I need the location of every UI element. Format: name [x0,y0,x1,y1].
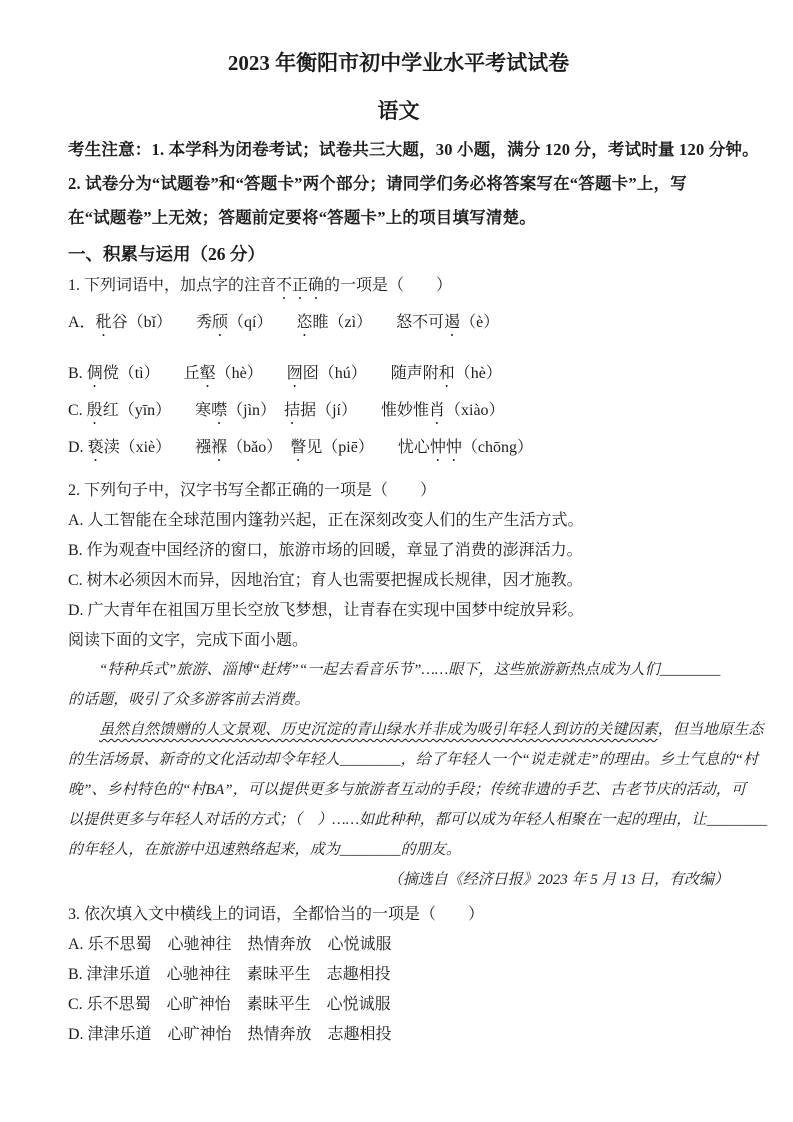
question-3-option-c: C. 乐不思蜀 心旷神怡 素昧平生 心悦诚服 [68,994,729,1015]
passage-line-4: 的生活场景、新奇的文化活动却令年轻人________，给了年轻人一个“说走就走”… [68,750,729,770]
passage-attribution: （摘选自《经济日报》2023 年 5 月 13 日，有改编） [68,870,729,890]
question-2: 2. 下列句子中，汉字书写全都正确的一项是（ ） A. 人工智能在全球范围内篷勃… [68,480,729,621]
question-1-option-a: A．秕谷（bǐ） 秀颀（qí） 恣睢（zì） 怒不可遏（è） [68,312,729,340]
reading-passage: “特种兵式”旅游、淄博“赶烤”“一起去看音乐节”……眼下，这些旅游新热点成为人们… [68,660,729,890]
passage-line-1: “特种兵式”旅游、淄博“赶烤”“一起去看音乐节”……眼下，这些旅游新热点成为人们… [68,660,729,680]
question-3: 3. 依次填入文中横线上的词语，全都恰当的一项是（ ） A. 乐不思蜀 心驰神往… [68,904,729,1045]
passage-line-7: 的年轻人，在旅游中迅速熟络起来，成为________的朋友。 [68,840,729,860]
question-3-option-a: A. 乐不思蜀 心驰神往 热情奔放 心悦诚服 [68,934,729,955]
question-1: 1. 下列词语中，加点字的注音不正确的一项是（ ） A．秕谷（bǐ） 秀颀（qí… [68,275,729,465]
question-3-option-d: D. 津津乐道 心旷神怡 热情奔放 志趣相投 [68,1024,729,1045]
passage-line-5: 晚”、乡村特色的“村BA”，可以提供更多与旅游者互动的手段；传统非遗的手艺、古老… [68,780,729,800]
section-1-heading: 一、积累与运用（26 分） [68,243,729,265]
passage-line-2: 的话题，吸引了众多游客前去消费。 [68,690,729,710]
notice-line-2: 2. 试卷分为“试题卷”和“答题卡”两个部分；请同学们务必将答案写在“答题卡”上… [68,173,729,195]
question-2-option-d: D. 广大青年在祖国万里长空放飞梦想，让青春在实现中国梦中绽放异彩。 [68,600,729,621]
question-1-option-c: C. 殷红（yīn） 寒噤（jìn） 拮据（jí） 惟妙惟肖（xiào） [68,400,729,428]
question-1-stem: 1. 下列词语中，加点字的注音不正确的一项是（ ） [68,275,729,303]
passage-line-6: 以提供更多与年轻人对话的方式；（ ）……如此种种，都可以成为年轻人相聚在一起的理… [68,810,729,830]
question-2-option-a: A. 人工智能在全球范围内篷勃兴起，正在深刻改变人们的生产生活方式。 [68,510,729,531]
exam-subject: 语文 [68,98,729,124]
exam-page: 2023 年衡阳市初中学业水平考试试卷 语文 考生注意：1. 本学科为闭卷考试；… [0,0,793,1045]
question-3-option-b: B. 津津乐道 心驰神往 素昧平生 志趣相投 [68,964,729,985]
question-3-stem: 3. 依次填入文中横线上的词语，全都恰当的一项是（ ） [68,904,729,925]
question-2-option-b: B. 作为观查中国经济的窗口，旅游市场的回暖，章显了消费的澎湃活力。 [68,540,729,561]
notice-line-3: 在“试题卷”上无效；答题前定要将“答题卡”上的项目填写清楚。 [68,207,729,229]
passage-line-3: 虽然自然馈赠的人文景观、历史沉淀的青山绿水并非成为吸引年轻人到访的关键因素，但当… [68,720,729,740]
question-2-stem: 2. 下列句子中，汉字书写全都正确的一项是（ ） [68,480,729,501]
notice-line-1: 考生注意：1. 本学科为闭卷考试；试卷共三大题，30 小题，满分 120 分，考… [68,139,729,161]
exam-title: 2023 年衡阳市初中学业水平考试试卷 [68,50,729,77]
question-2-option-c: C. 树木必须因木而异，因地治宜；育人也需要把握成长规律，因才施教。 [68,570,729,591]
question-1-option-d: D. 亵渎（xiè） 襁褓（bǎo） 瞥见（piē） 忧心忡忡（chōng） [68,437,729,465]
exam-notice: 考生注意：1. 本学科为闭卷考试；试卷共三大题，30 小题，满分 120 分，考… [68,139,729,229]
reading-intro: 阅读下面的文字，完成下面小题。 [68,630,729,651]
question-1-option-b: B. 倜傥（tì） 丘壑（hè） 囫囵（hú） 随声附和（hè） [68,363,729,391]
